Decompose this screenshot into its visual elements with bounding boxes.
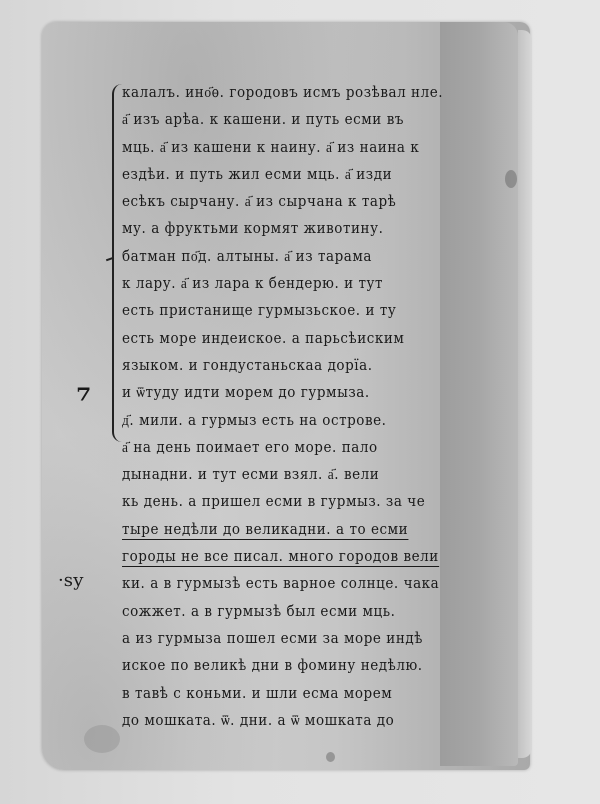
- text-line: в тавѣ с коньми. и шли есма морем: [122, 681, 475, 708]
- text-line: калалъ. ино҃ѳ. городовъ исмъ розѣвал нле…: [122, 80, 475, 107]
- text-line: и ѿтуду идти морем до гурмыза.: [122, 380, 475, 407]
- text-line: есть пристанище гурмызьское. и ту: [122, 298, 475, 325]
- text-line: ездѣи. и путь жил есми мць. а҃ изди: [122, 162, 475, 189]
- manuscript-text-block: калалъ. ино҃ѳ. городовъ исмъ розѣвал нле…: [122, 80, 502, 735]
- text-line: иское по великѣ дни в фомину недѣлю.: [122, 653, 475, 680]
- text-line: есть море индеиское. а парьсѣиским: [122, 326, 475, 353]
- text-line: д҃. мили. а гурмыз есть на острове.: [122, 408, 475, 435]
- text-line: а из гурмыза пошел есми за море индѣ: [122, 626, 475, 653]
- margin-note: 7: [76, 385, 91, 406]
- underlined-span: городы не все писал. много городов вели: [122, 549, 439, 567]
- text-line: до мошката. ѿ. дни. а ѿ мошката до: [122, 708, 475, 735]
- stain-spot: [84, 725, 120, 753]
- text-line: кь день. а пришел есми в гурмыз. за че: [122, 489, 475, 516]
- text-line: к лару. а҃ из лара к бендерю. и тут: [122, 271, 475, 298]
- text-line: мць. а҃ из кашени к наину. а҃ из наина к: [122, 135, 475, 162]
- stain-spot: [326, 752, 335, 762]
- text-line: языком. и гондустаньскаа дорїа.: [122, 353, 475, 380]
- text-line: му. а фруктьми кормят животину.: [122, 216, 475, 243]
- underlined-span: тыре недѣли до великадни. а то есми: [122, 522, 408, 540]
- text-line: дынадни. и тут есми взял. а҃. вели: [122, 462, 475, 489]
- text-line: есѣкъ сырчану. а҃ из сырчана к тарѣ: [122, 189, 475, 216]
- text-line: батман по҃д. алтыны. а҃ из тарама: [122, 244, 475, 271]
- stain-spot: [505, 170, 517, 188]
- text-line: а҃ изъ арѣа. к кашени. и путь есми въ: [122, 107, 475, 134]
- leaf-binding-edge: [518, 30, 532, 758]
- margin-note: ·ѕу: [58, 570, 84, 591]
- text-line-underlined: городы не все писал. много городов вели: [122, 544, 475, 571]
- text-line: а҃ на день поимает его море. пало: [122, 435, 475, 462]
- text-line: сожжет. а в гурмызѣ был есми мць.: [122, 599, 475, 626]
- text-line-underlined: тыре недѣли до великадни. а то есми: [122, 517, 475, 544]
- text-line: ки. а в гурмызѣ есть варное солнце. чака: [122, 571, 475, 598]
